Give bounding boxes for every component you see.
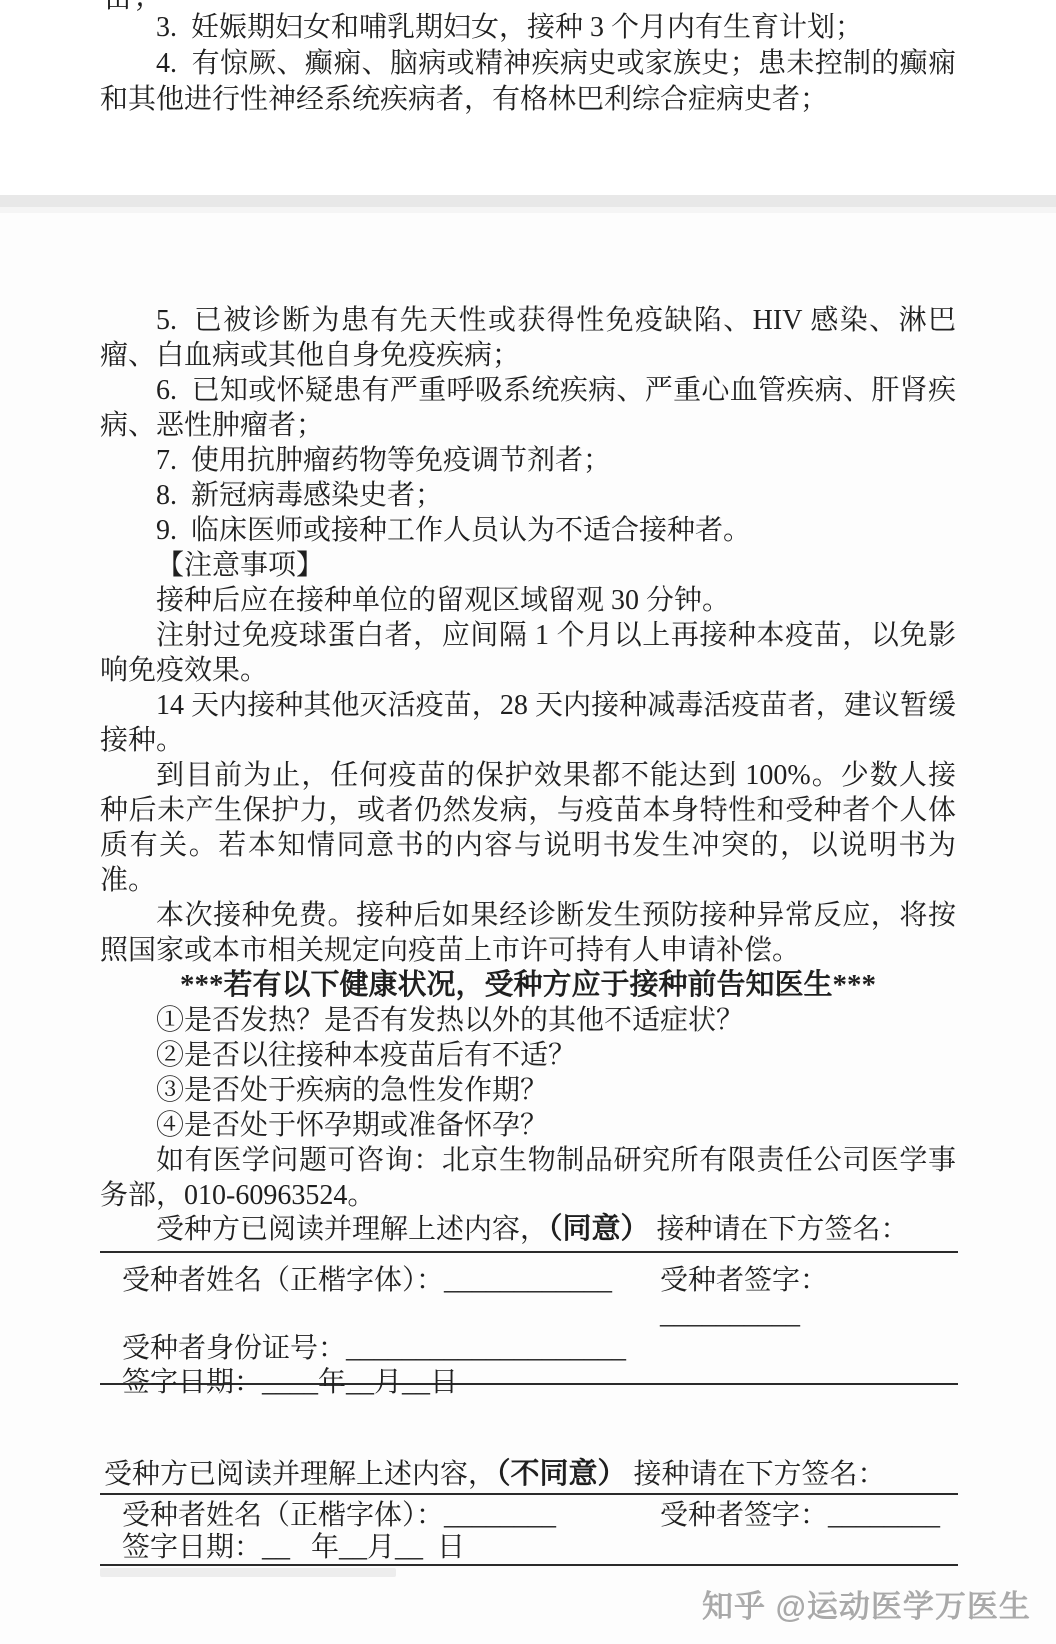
disagree-name-label: 受种者姓名（正楷字体）： xyxy=(122,1500,444,1531)
agree-header-prefix: 受种方已阅读并理解上述内容， xyxy=(156,1214,548,1245)
agree-name-label: 受种者姓名（正楷字体）： xyxy=(122,1265,444,1296)
agree-signature-field: 受种者签字：__________ xyxy=(660,1264,958,1332)
notice-paragraph-4: 到目前为止，任何疫苗的保护效果都不能达到 100%。少数人接种后未产生保护力，或… xyxy=(100,758,956,898)
agree-id-row: 受种者身份证号：____________________ xyxy=(122,1332,958,1366)
disagree-name-blank: ________ xyxy=(444,1500,556,1531)
disagree-header-suffix: 接种请在下方签名： xyxy=(627,1459,886,1490)
disagree-signature-box: 受种者姓名（正楷字体）：________ 受种者签字：________ 签字日期… xyxy=(100,1493,958,1566)
disagree-sign-label: 受种者签字： xyxy=(660,1500,828,1531)
contraindication-item-6: 6. 已知或怀疑患有严重呼吸系统疾病、严重心血管疾病、肝肾疾病、恶性肿瘤者； xyxy=(100,373,956,443)
agree-date-line: 签字日期：____年__月__日 xyxy=(122,1366,458,1400)
disagree-header: 受种方已阅读并理解上述内容，（不同意） 接种请在下方签名： xyxy=(100,1456,958,1493)
notice-paragraph-5: 本次接种免费。接种后如果经诊断发生预防接种异常反应，将按照国家或本市相关规定向疫… xyxy=(100,898,956,968)
contraindication-item-7: 7. 使用抗肿瘤药物等免疫调节剂者； xyxy=(100,443,956,478)
disagree-name-field: 受种者姓名（正楷字体）：________ xyxy=(122,1500,660,1532)
notice-paragraph-2: 注射过免疫球蛋白者，应间隔 1 个月以上再接种本疫苗，以免影响免疫效果。 xyxy=(100,618,956,688)
agree-id-label: 受种者身份证号： xyxy=(122,1332,346,1366)
health-question-3: ③是否处于疾病的急性发作期？ xyxy=(100,1073,956,1108)
agree-sign-label: 受种者签字： xyxy=(660,1265,828,1296)
document-body: 5. 已被诊断为患有先天性或获得性免疫缺陷、HIV 感染、淋巴瘤、白血病或其他自… xyxy=(100,303,956,1213)
notice-section-title: 【注意事项】 xyxy=(100,548,956,583)
contraindication-item-4: 4. 有惊厥、癫痫、脑病或精神疾病史或家族史；患未控制的癫痫和其他进行性神经系统… xyxy=(100,46,956,118)
zhihu-watermark: 知乎 @运动医学万医生 xyxy=(702,1581,1031,1626)
contraindication-item-3: 3. 妊娠期妇女和哺乳期妇女，接种 3 个月内有生育计划； xyxy=(100,10,956,46)
health-question-2: ②是否以往接种本疫苗后有不适？ xyxy=(100,1038,956,1073)
page-break-divider xyxy=(0,195,1056,207)
notice-paragraph-1: 接种后应在接种单位的留观区域留观 30 分钟。 xyxy=(100,583,956,618)
disagree-sign-blank: ________ xyxy=(828,1500,940,1531)
agree-date-row: 签字日期：____年__月__日 xyxy=(122,1366,958,1400)
health-question-1: ①是否发热？是否有发热以外的其他不适症状？ xyxy=(100,1003,956,1038)
health-alert-title: ***若有以下健康状况，受种方应于接种前告知医生*** xyxy=(100,968,956,1003)
contraindication-list-top: 3. 妊娠期妇女和哺乳期妇女，接种 3 个月内有生育计划； 4. 有惊厥、癫痫、… xyxy=(100,10,956,118)
disagree-date-line: 签字日期：__ 年__月__ 日 xyxy=(122,1532,465,1564)
page-break-shadow xyxy=(0,207,1056,213)
consent-disagree-section: 受种方已阅读并理解上述内容，（不同意） 接种请在下方签名： 受种者姓名（正楷字体… xyxy=(100,1456,958,1566)
consent-agree-section: 受种方已阅读并理解上述内容，（同意） 接种请在下方签名： 受种者姓名（正楷字体）… xyxy=(100,1208,958,1385)
agree-sign-blank: __________ xyxy=(660,1299,800,1330)
page-top-fragment: 苗； 3. 妊娠期妇女和哺乳期妇女，接种 3 个月内有生育计划； 4. 有惊厥、… xyxy=(0,0,1056,195)
disagree-name-sign-row: 受种者姓名（正楷字体）：________ 受种者签字：________ xyxy=(122,1500,958,1532)
contraindication-item-8: 8. 新冠病毒感染史者； xyxy=(100,478,956,513)
agree-name-blank: ____________ xyxy=(444,1265,612,1296)
disagree-signature-field: 受种者签字：________ xyxy=(660,1500,958,1532)
disagree-date-row: 签字日期：__ 年__月__ 日 xyxy=(122,1532,958,1564)
medical-contact-line: 如有医学问题可咨询：北京生物制品研究所有限责任公司医学事务部，010-60963… xyxy=(100,1143,956,1213)
notice-paragraph-3: 14 天内接种其他灭活疫苗，28 天内接种减毒活疫苗者，建议暂缓接种。 xyxy=(100,688,956,758)
agree-header-suffix: 接种请在下方签名： xyxy=(650,1214,909,1245)
contraindication-item-9: 9. 临床医师或接种工作人员认为不适合接种者。 xyxy=(100,513,956,548)
contraindication-item-5: 5. 已被诊断为患有先天性或获得性免疫缺陷、HIV 感染、淋巴瘤、白血病或其他自… xyxy=(100,303,956,373)
agree-header: 受种方已阅读并理解上述内容，（同意） 接种请在下方签名： xyxy=(100,1208,958,1251)
disagree-header-prefix: 受种方已阅读并理解上述内容， xyxy=(104,1459,496,1490)
agree-signature-box: 受种者姓名（正楷字体）：____________ 受种者签字：_________… xyxy=(100,1251,958,1385)
agree-name-sign-row: 受种者姓名（正楷字体）：____________ 受种者签字：_________… xyxy=(122,1264,958,1332)
disagree-keyword: （不同意） xyxy=(496,1458,627,1490)
agree-id-blank: ____________________ xyxy=(346,1332,626,1366)
consent-form-document: 苗； 3. 妊娠期妇女和哺乳期妇女，接种 3 个月内有生育计划； 4. 有惊厥、… xyxy=(0,0,1056,1644)
agree-name-field: 受种者姓名（正楷字体）：____________ xyxy=(122,1264,660,1332)
scan-artifact-strip xyxy=(100,1568,396,1577)
agree-keyword: （同意） xyxy=(548,1213,650,1245)
health-question-4: ④是否处于怀孕期或准备怀孕？ xyxy=(100,1108,956,1143)
